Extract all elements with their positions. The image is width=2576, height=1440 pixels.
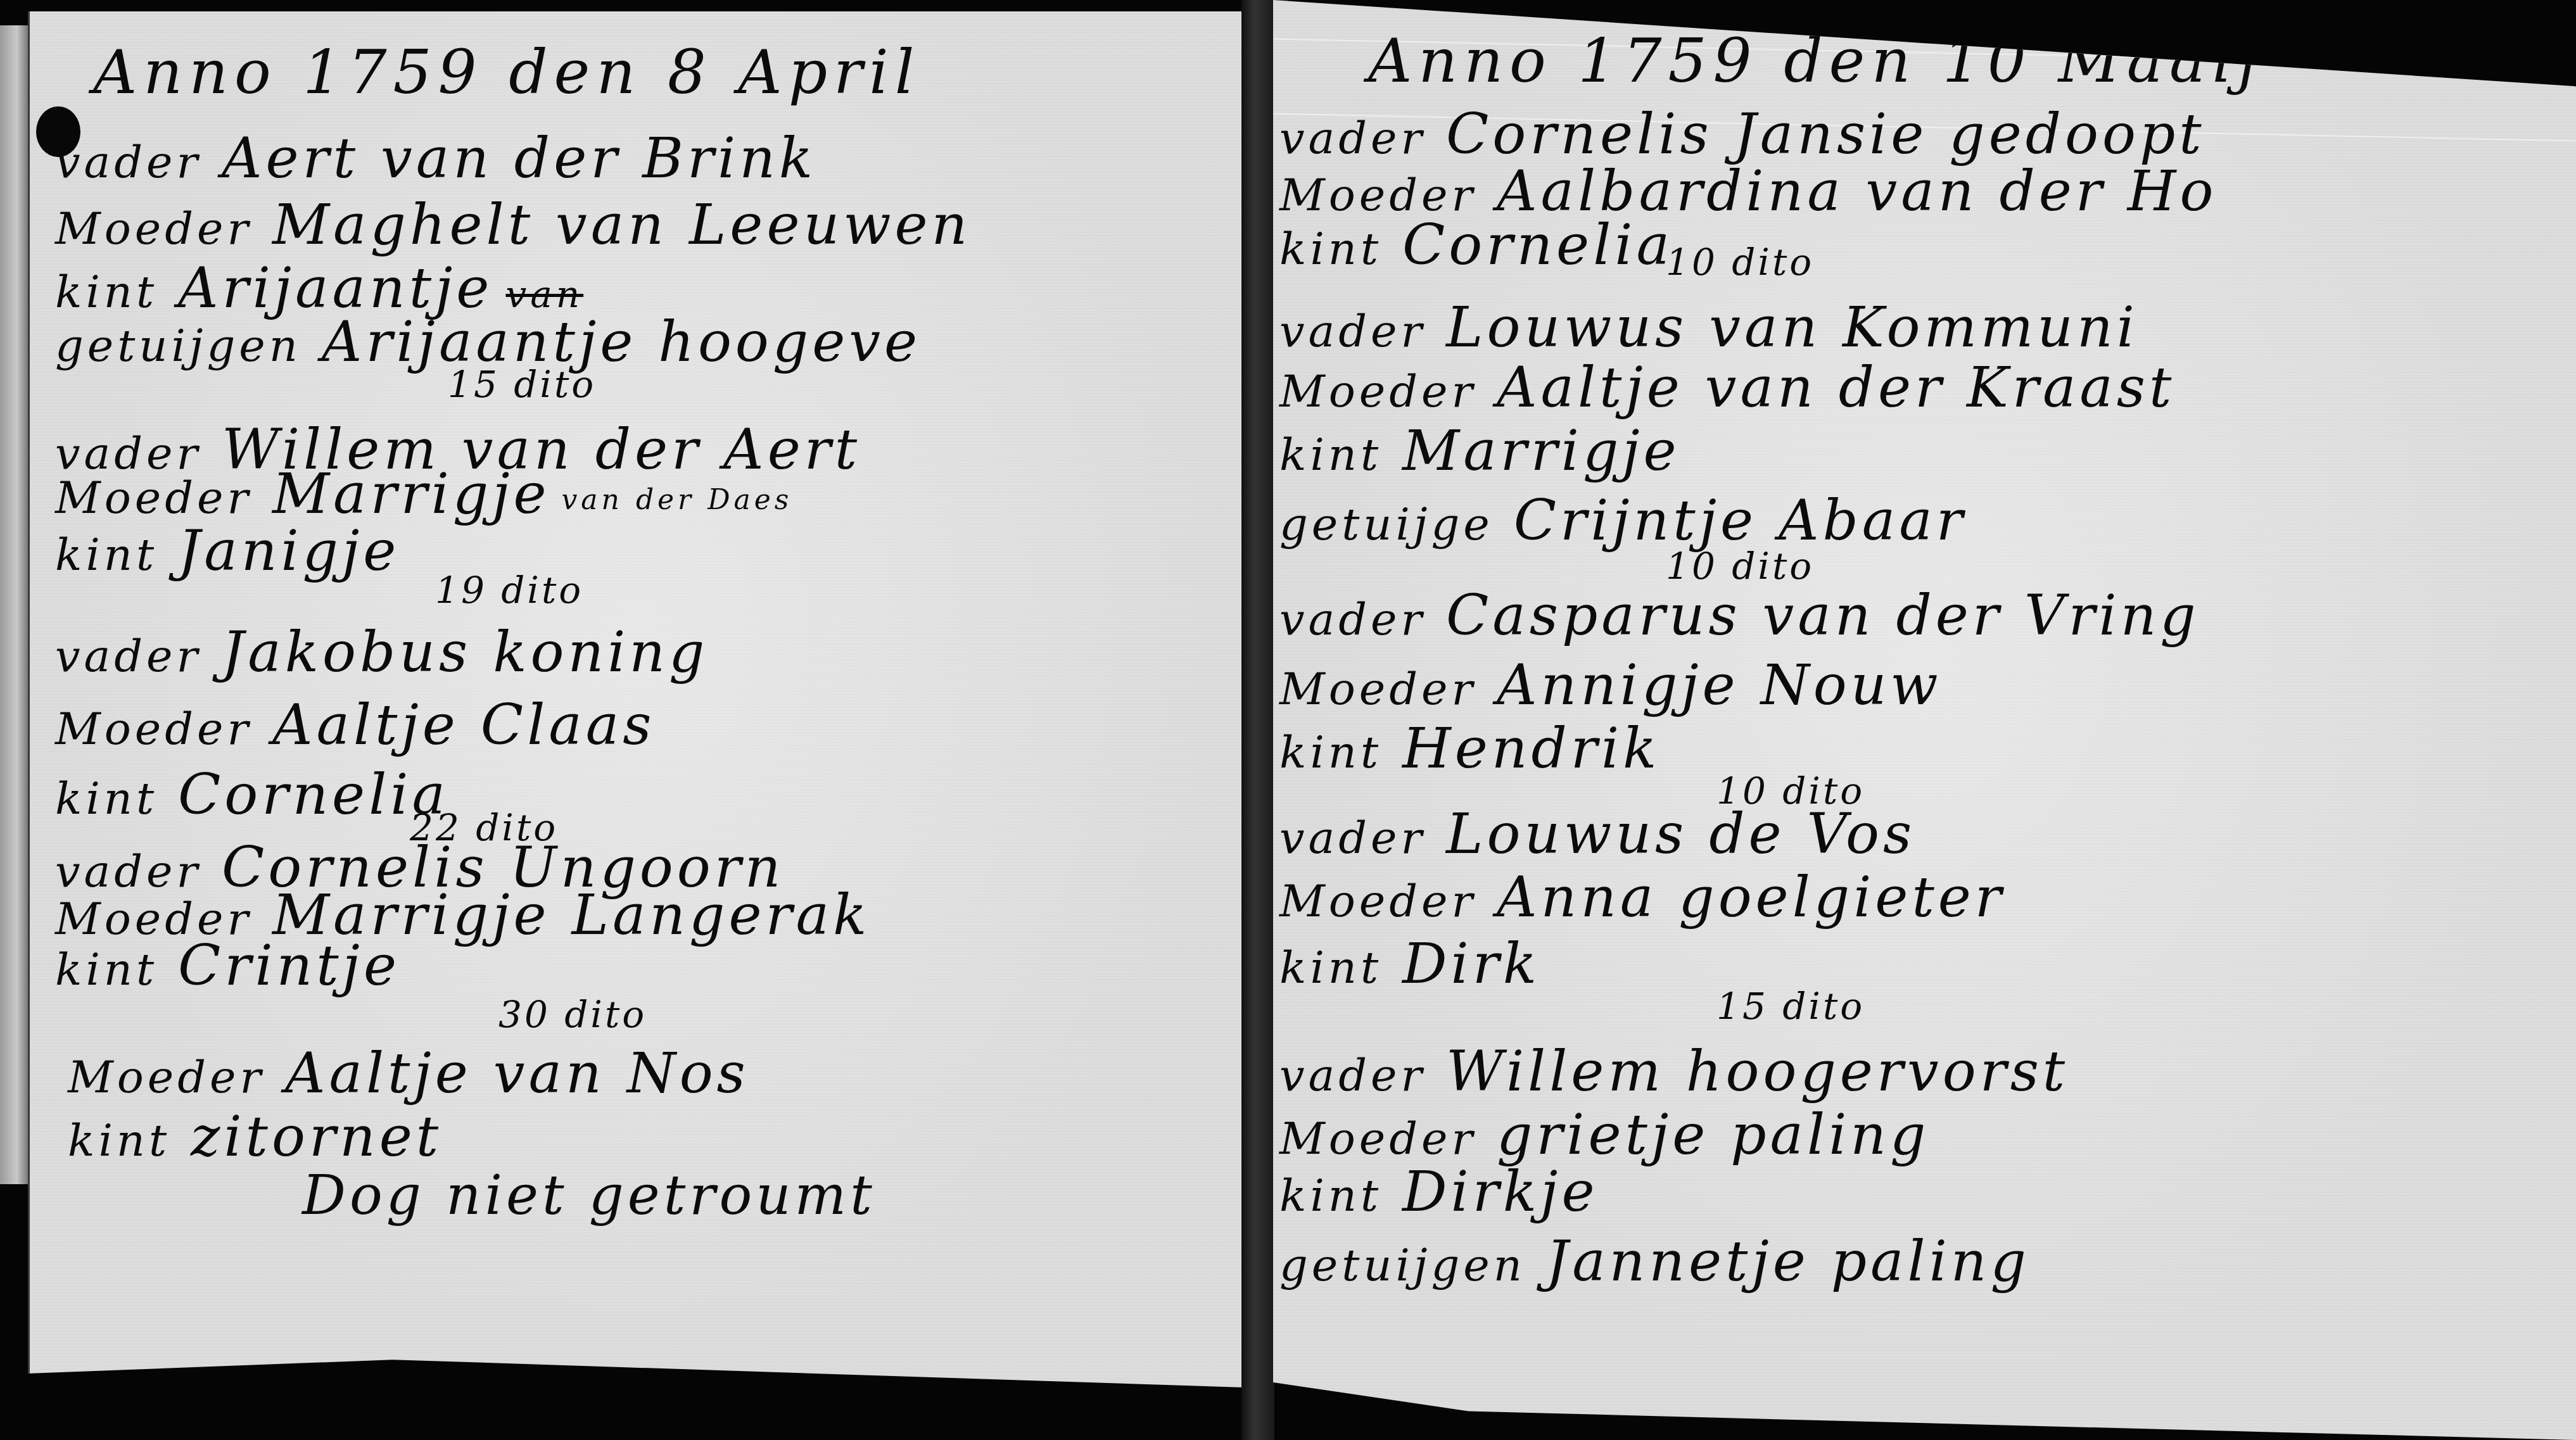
- child-name: Crintje: [178, 933, 400, 998]
- entry-child-line: kintDirk: [1279, 931, 1540, 996]
- mother-name: Marrigje: [272, 461, 550, 526]
- role-label-witness: getuijge: [1279, 498, 1494, 550]
- role-label-father: vader: [55, 630, 201, 682]
- role-label-child: kint: [1279, 726, 1382, 778]
- entry-father-line: vaderLouwus van Kommuni: [1279, 294, 2138, 360]
- entry-date: 10 dito: [1666, 545, 1814, 588]
- witness-name: Arijaantje hoogeve: [322, 309, 921, 374]
- entry-father-line: vaderCasparus van der Vring: [1279, 583, 2200, 648]
- role-label-father: vader: [55, 136, 201, 188]
- left-page: Anno 1759 den 8 April vaderAert van der …: [28, 11, 1244, 1401]
- father-name: Jakobus koning: [222, 619, 708, 685]
- child-name: Hendrik: [1402, 716, 1660, 781]
- entry-date: 19 dito: [435, 569, 583, 612]
- entry-father-line: vaderWillem hoogervorst: [1279, 1039, 2069, 1104]
- role-label-mother: Moeder: [55, 203, 252, 255]
- entry-date: 15 dito: [448, 363, 596, 406]
- entry-child-line: kintzitornet: [68, 1104, 442, 1169]
- entry-witness-line: getuijgeCrijntje Abaar: [1279, 488, 1967, 553]
- entry-child-line: kintMarrigje: [1279, 418, 1680, 483]
- role-label-witness: getuijgen: [55, 320, 301, 372]
- entry-child-line: kintDirkje: [1279, 1159, 1598, 1224]
- child-name: Dirk: [1402, 931, 1540, 996]
- entry-mother-line: MoederAaltje Claas: [55, 692, 655, 757]
- role-label-father: vader: [1279, 593, 1426, 645]
- entry-mother-line: Moedergrietje paling: [1279, 1102, 1929, 1167]
- role-label-mother: Moeder: [1279, 365, 1476, 417]
- role-label-witness: getuijgen: [1279, 1239, 1526, 1291]
- entry-father-line: vaderCornelis Jansie gedoopt: [1279, 101, 2205, 167]
- adjacent-page-edge: [0, 25, 28, 1184]
- role-label-child: kint: [68, 1115, 170, 1166]
- father-name: Cornelis Jansie gedoopt: [1446, 101, 2205, 167]
- entry-child-line: kintCrintje: [55, 933, 400, 998]
- father-name: Louwus de Vos: [1446, 801, 1915, 866]
- role-label-child: kint: [55, 529, 158, 581]
- role-label-child: kint: [55, 944, 158, 995]
- right-page: Anno 1759 den 10 Maaij vaderCornelis Jan…: [1273, 0, 2576, 1440]
- child-name: Cornelia: [1402, 212, 1673, 277]
- role-label-father: vader: [1279, 1049, 1426, 1101]
- child-name: zitornet: [191, 1104, 442, 1169]
- role-label-mother: Moeder: [1279, 875, 1476, 927]
- father-name: Louwus van Kommuni: [1446, 294, 2138, 360]
- role-label-child: kint: [1279, 1170, 1382, 1222]
- scanned-register-spread: Anno 1759 den 8 April vaderAert van der …: [0, 0, 2576, 1440]
- entry-mother-line: MoederMaghelt van Leeuwen: [55, 192, 971, 257]
- mother-name: Annigje Nouw: [1497, 652, 1942, 717]
- father-name: Aert van der Brink: [222, 125, 816, 191]
- left-page-header: Anno 1759 den 8 April: [93, 37, 920, 108]
- father-name: Casparus van der Vring: [1446, 583, 2200, 648]
- mother-name: Aaltje van der Kraast: [1497, 355, 2175, 420]
- mother-name: Maghelt van Leeuwen: [272, 192, 971, 257]
- entry-mother-line: MoederAnna goelgieter: [1279, 864, 2005, 930]
- entry-child-line: kintCornelia: [55, 762, 449, 827]
- role-label-child: kint: [1279, 429, 1382, 481]
- role-label-father: vader: [1279, 305, 1426, 357]
- entry-father-line: vaderAert van der Brink: [55, 125, 816, 191]
- entry-father-line: vaderJakobus koning: [55, 619, 708, 685]
- entry-date: 15 dito: [1716, 985, 1865, 1028]
- mother-name: grietje paling: [1497, 1102, 1929, 1167]
- closing-note: Dog niet getroumt: [302, 1164, 876, 1227]
- book-gutter: [1241, 0, 1274, 1440]
- role-label-mother: Moeder: [1279, 663, 1476, 715]
- child-name: Janigje: [178, 518, 400, 583]
- mother-name: Aaltje van Nos: [285, 1040, 749, 1106]
- entry-child-line: kintCornelia: [1279, 212, 1673, 277]
- entry-date: 10 dito: [1666, 241, 1814, 284]
- father-name: Willem hoogervorst: [1446, 1039, 2069, 1104]
- entry-father-line: vaderLouwus de Vos: [1279, 801, 1915, 866]
- entry-child-line: kintHendrik: [1279, 716, 1660, 781]
- entry-witness-line: getuijgenJannetje paling: [1279, 1228, 2030, 1294]
- entry-mother-line: MoederAnnigje Nouw: [1279, 652, 1942, 717]
- entry-mother-line: MoederAaltje van Nos: [68, 1040, 749, 1106]
- mother-surname-note: van der Daes: [562, 484, 793, 516]
- role-label-mother: Moeder: [68, 1051, 265, 1103]
- role-label-father: vader: [1279, 112, 1426, 164]
- role-label-child: kint: [1279, 942, 1382, 994]
- role-label-father: vader: [1279, 812, 1426, 864]
- role-label-mother: Moeder: [55, 472, 252, 524]
- role-label-child: kint: [1279, 223, 1382, 275]
- mother-name: Aaltje Claas: [272, 692, 655, 757]
- witness-name: Jannetje paling: [1546, 1228, 2030, 1294]
- role-label-mother: Moeder: [1279, 1113, 1476, 1165]
- mother-name: Anna goelgieter: [1497, 864, 2005, 930]
- witness-name: Crijntje Abaar: [1514, 488, 1967, 553]
- child-name: Marrigje: [1402, 418, 1680, 483]
- child-name: Dirkje: [1402, 1159, 1598, 1224]
- role-label-mother: Moeder: [55, 703, 252, 755]
- entry-child-line: kintJanigje: [55, 518, 400, 583]
- child-name: Cornelia: [178, 762, 449, 827]
- entry-date: 30 dito: [498, 993, 647, 1036]
- entry-mother-line: MoederAaltje van der Kraast: [1279, 355, 2175, 420]
- entry-mother-line: MoederMarrigjevan der Daes: [55, 461, 792, 526]
- role-label-child: kint: [55, 773, 158, 824]
- right-page-header: Anno 1759 den 10 Maaij: [1368, 25, 2263, 96]
